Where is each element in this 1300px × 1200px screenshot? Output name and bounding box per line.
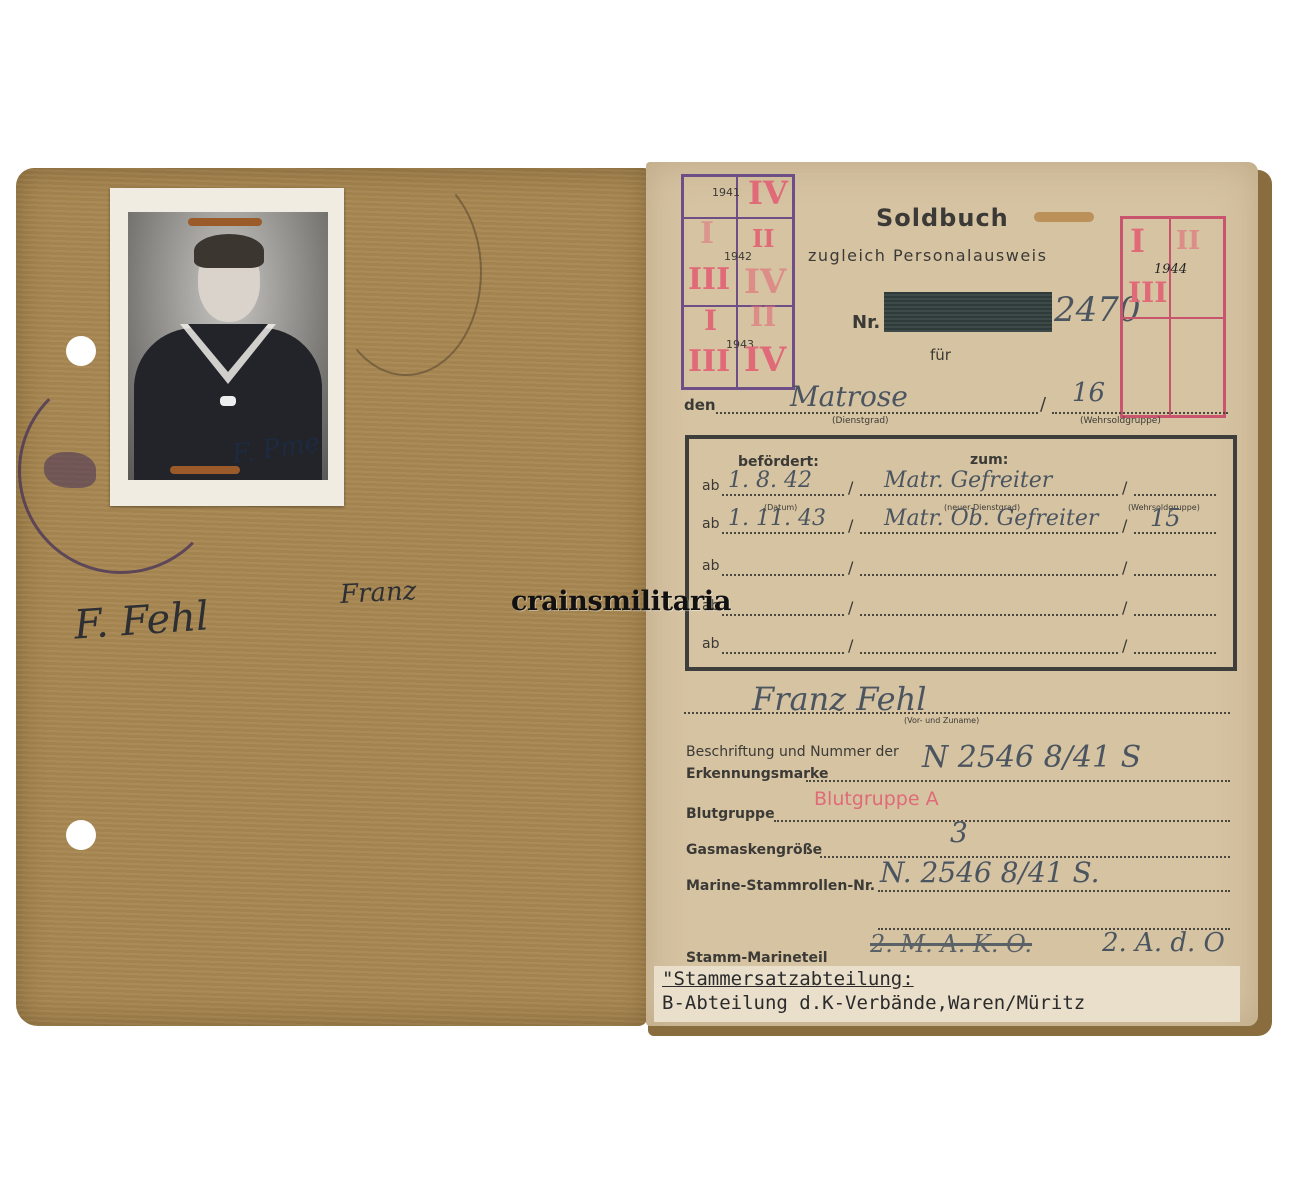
quarter-stamp: IV [744, 340, 786, 380]
to-rank-label: zum: [970, 452, 1008, 468]
blutgruppe-label: Blutgruppe [686, 806, 775, 822]
year-1941: 1941 [712, 186, 740, 199]
row-prefix: ab [702, 558, 719, 574]
owner-signature: F. Fehl [73, 593, 211, 648]
punch-hole-top [66, 336, 96, 366]
rust-staple-bottom [170, 466, 240, 474]
slash: / [848, 516, 853, 535]
dotted-line [860, 614, 1118, 616]
punch-hole-bottom [66, 820, 96, 850]
dotted-line [878, 890, 1230, 892]
stammteil-value: 2. A. d. O [1102, 928, 1225, 958]
promotion-group: 15 [1150, 504, 1181, 532]
gasmaske-value: 3 [950, 816, 968, 849]
promotion-rank: Matr. Ob. Gefreiter [884, 506, 1098, 531]
year-1944: 1944 [1154, 262, 1187, 277]
slash: / [1122, 558, 1127, 577]
photo-hair [194, 234, 264, 268]
nr-label: Nr. [852, 312, 880, 333]
stammrollen-value: N. 2546 8/41 S. [880, 856, 1100, 889]
dotted-line [860, 494, 1118, 496]
dotted-line [806, 780, 1230, 782]
row-prefix: ab [702, 478, 719, 494]
quarter-stamp: IV [744, 262, 786, 302]
dotted-line [722, 574, 844, 576]
dotted-line [722, 494, 844, 496]
dotted-line [1134, 574, 1216, 576]
slash: / [848, 598, 853, 617]
quarter-stamp: III [688, 262, 730, 297]
dotted-line [1134, 532, 1216, 534]
slash: / [848, 636, 853, 655]
promotion-date: 1. 8. 42 [728, 468, 812, 493]
typed-line-2: B-Abteilung d.K-Verbände,Waren/Müritz [662, 992, 1085, 1014]
quarter-stamp: III [688, 344, 730, 379]
quarter-stamp: I [700, 216, 714, 251]
quarter-stamp: II [1176, 226, 1200, 256]
dotted-line [722, 652, 844, 654]
photo-bow [220, 396, 236, 406]
dotted-line [722, 532, 844, 534]
quarter-stamp: I [704, 304, 717, 337]
slash: / [1122, 516, 1127, 535]
erkennungsmarke-label-1: Beschriftung und Nummer der [686, 744, 899, 760]
dotted-line [1134, 614, 1216, 616]
document-title: Soldbuch [876, 204, 1009, 232]
dotted-line [1052, 412, 1228, 414]
wehrsold-caption: (Wehrsoldgruppe) [1080, 416, 1161, 426]
row-prefix: ab [702, 516, 719, 532]
dotted-line [860, 532, 1118, 534]
watermark: crainsmilitaria [511, 586, 731, 617]
row-prefix: ab [702, 636, 719, 652]
redacted-number-block [884, 292, 1052, 332]
dotted-line [684, 712, 1230, 714]
slash: / [1122, 478, 1127, 497]
stammrollen-label: Marine-Stammrollen-Nr. [686, 878, 875, 894]
gasmaske-label: Gasmaskengröße [686, 842, 822, 858]
dienstgrad-value: Matrose [790, 380, 908, 413]
rust-stain [1034, 212, 1094, 222]
dotted-line [1134, 494, 1216, 496]
eagle-stamp-icon [44, 452, 96, 488]
quarter-stamp: IV [748, 174, 788, 212]
faint-stamp [330, 168, 482, 376]
quarter-stamp: III [1128, 276, 1167, 309]
slash: / [1122, 636, 1127, 655]
name-caption: (Vor- und Zuname) [904, 716, 979, 725]
owner-signature-firstname: Franz [339, 576, 417, 610]
fuer-label: für [930, 346, 951, 364]
erkennungsmarke-value: N 2546 8/41 S [922, 740, 1141, 775]
typed-line-1: "Stammersatzabteilung: [662, 968, 914, 990]
quarter-stamp: I [1130, 222, 1145, 260]
promotion-date: 1. 11. 43 [728, 506, 826, 531]
slash: / [1040, 394, 1046, 415]
document-subtitle: zugleich Personalausweis [808, 246, 1047, 265]
den-label: den [684, 396, 716, 414]
promotion-rank: Matr. Gefreiter [884, 468, 1052, 493]
quarter-stamp: II [752, 224, 774, 253]
dotted-line [860, 652, 1118, 654]
blood-type-stamp: Blutgruppe A [814, 788, 939, 810]
stammteil-struck-value: 2. M. A. K. O. [870, 930, 1032, 958]
dotted-line [722, 614, 844, 616]
rust-staple-top [188, 218, 262, 226]
dotted-line [774, 820, 1230, 822]
slash: / [848, 478, 853, 497]
dotted-line [1134, 652, 1216, 654]
dotted-line [860, 574, 1118, 576]
wehrsold-value: 16 [1072, 378, 1105, 408]
slash: / [1122, 598, 1127, 617]
slash: / [848, 558, 853, 577]
quarter-stamp: II [750, 300, 776, 333]
dienstgrad-caption: (Dienstgrad) [832, 416, 889, 426]
stammteil-label: Stamm-Marineteil [686, 950, 828, 966]
